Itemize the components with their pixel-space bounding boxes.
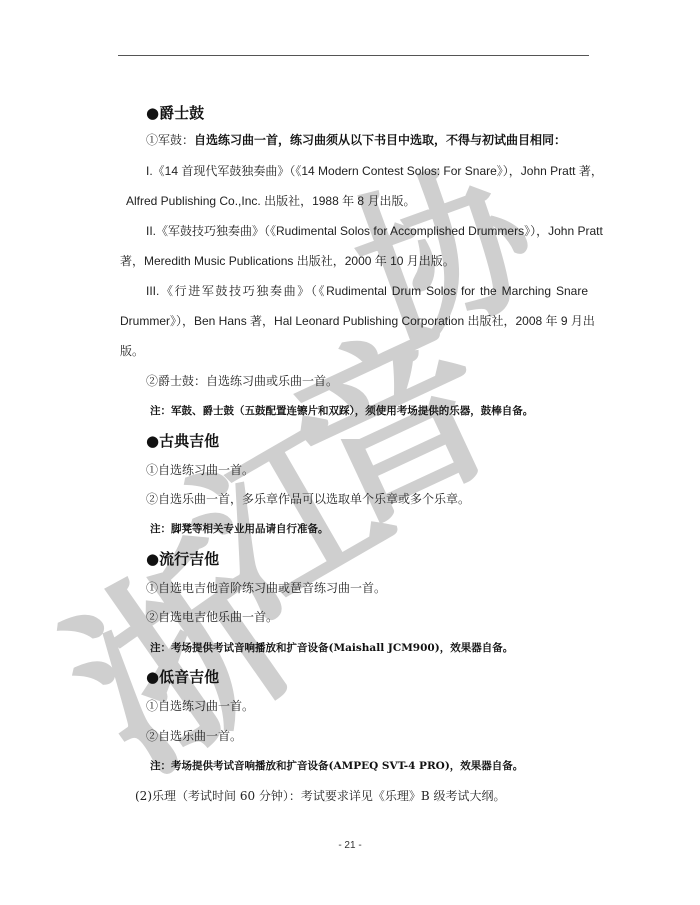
- section-heading-jazz-drum: ●爵士鼓: [146, 102, 204, 123]
- item-prefix: ①军鼓：: [146, 133, 194, 147]
- header-rule: [118, 55, 589, 56]
- book-1-line-2: Alfred Publishing Co.,Inc. 出版社，1988 年 8 …: [126, 192, 415, 209]
- jazz-drum-note: 注：军鼓、爵士鼓（五鼓配置连镲片和双踩），须使用考场提供的乐器，鼓棒自备。: [150, 403, 533, 418]
- classical-guitar-note: 注：脚凳等相关专业用品请自行准备。: [150, 521, 329, 536]
- book-2-line-2: 著，Meredith Music Publications 出版社，2000 年…: [120, 252, 455, 269]
- watermark-glyph: 音: [269, 299, 522, 552]
- book-3-line-3: 版。: [120, 342, 144, 359]
- item-requirement: 自选练习曲一首，练习曲须从以下书目中选取，不得与初试曲目相同：: [194, 133, 566, 147]
- bass-guitar-item-2: ②自选乐曲一首。: [146, 727, 242, 744]
- music-theory-requirement: (2)乐理（考试时间 60 分钟）：考试要求详见《乐理》B 级考试大纲。: [135, 787, 506, 804]
- section-heading-pop-guitar: ●流行吉他: [146, 548, 219, 569]
- pop-guitar-note: 注：考场提供考试音响播放和扩音设备(Maishall JCM900)，效果器自备…: [150, 640, 513, 655]
- pop-guitar-item-2: ②自选电吉他乐曲一首。: [146, 608, 278, 625]
- section-heading-bass-guitar: ●低音吉他: [146, 666, 219, 687]
- classical-guitar-item-2: ②自选乐曲一首，多乐章作品可以选取单个乐章或多个乐章。: [146, 490, 470, 507]
- bass-guitar-note: 注：考场提供考试音响播放和扩音设备(AMPEQ SVT-4 PRO)，效果器自备…: [150, 758, 523, 773]
- book-3-line-1: III.《行进军鼓技巧独奏曲》（《Rudimental Drum Solos f…: [146, 282, 588, 299]
- book-3-line-2: Drummer》），Ben Hans 著，Hal Leonard Publish…: [120, 312, 595, 329]
- classical-guitar-item-1: ①自选练习曲一首。: [146, 461, 254, 478]
- bass-guitar-item-1: ①自选练习曲一首。: [146, 697, 254, 714]
- book-1-line-1: I.《14 首现代军鼓独奏曲》（《14 Modern Contest Solos…: [146, 162, 603, 179]
- jazz-drum-item-2: ②爵士鼓：自选练习曲或乐曲一首。: [146, 372, 338, 389]
- jazz-drum-item-1: ①军鼓：自选练习曲一首，练习曲须从以下书目中选取，不得与初试曲目相同：: [146, 131, 566, 148]
- page-number: - 21 -: [0, 840, 700, 851]
- section-heading-classical-guitar: ●古典吉他: [146, 430, 219, 451]
- pop-guitar-item-1: ①自选电吉他音阶练习曲或琶音练习曲一首。: [146, 579, 386, 596]
- book-2-line-1: II.《军鼓技巧独奏曲》（《Rudimental Solos for Accom…: [146, 222, 603, 239]
